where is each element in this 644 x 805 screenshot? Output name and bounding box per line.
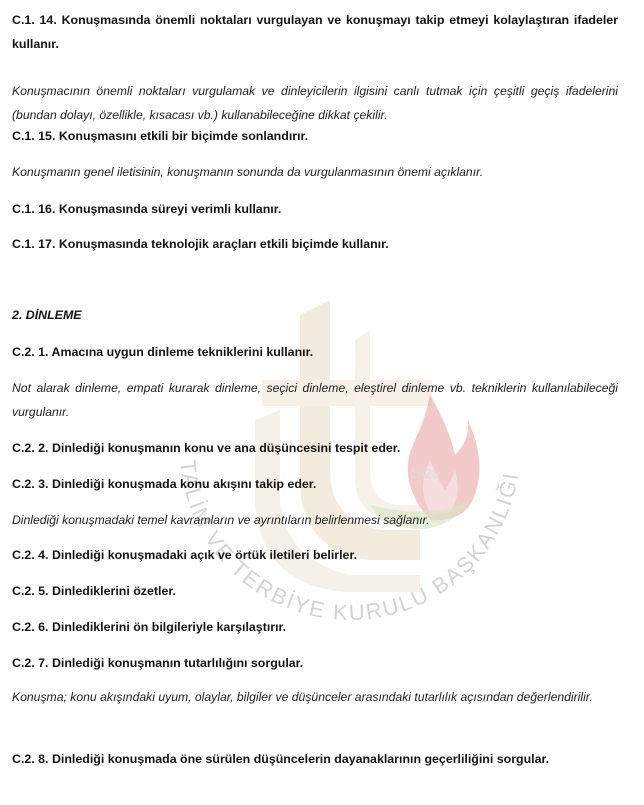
standard-code: C.2. 7. [12, 656, 49, 670]
standard-code: C.2. 4. [12, 548, 49, 562]
standard-c2-6: C.2. 6. Dinlediklerini ön bilgileriyle k… [12, 615, 618, 639]
standard-text: Dinlediği konuşmanın tutarlılığını sorgu… [52, 656, 303, 670]
standard-text: Dinlediklerini ön bilgileriyle karşılaşt… [52, 620, 286, 634]
standard-code: C.1. 15. [12, 129, 55, 143]
standard-c1-17: C.1. 17. Konuşmasında teknolojik araçlar… [12, 232, 618, 256]
standard-c2-3: C.2. 3. Dinlediği konuşmada konu akışını… [12, 472, 618, 496]
standard-code: C.1. 16. [12, 202, 55, 216]
standard-c2-4: C.2. 4. Dinlediği konuşmadaki açık ve ör… [12, 543, 618, 567]
standard-c2-7: C.2. 7. Dinlediği konuşmanın tutarlılığı… [12, 651, 618, 675]
standard-code: C.2. 5. [12, 584, 49, 598]
standard-c1-15: C.1. 15. Konuşmasını etkili bir biçimde … [12, 124, 618, 148]
standard-code: C.2. 8. [12, 752, 49, 766]
standard-text: Dinlediği konuşmanın konu ve ana düşünce… [52, 441, 400, 455]
standard-c1-14: C.1. 14. Konuşmasında önemli noktaları v… [12, 8, 618, 56]
section-heading-dinleme: 2. DİNLEME [12, 303, 618, 327]
explanation-c2-1: Not alarak dinleme, empati kurarak dinle… [12, 376, 618, 424]
standard-code: C.2. 3. [12, 477, 49, 491]
standard-text: Konuşmasında teknolojik araçları etkili … [59, 237, 389, 251]
explanation-c2-7: Konuşma; konu akışındaki uyum, olaylar, … [12, 685, 618, 709]
standard-c2-5: C.2. 5. Dinlediklerini özetler. [12, 579, 618, 603]
explanation-c1-15: Konuşmanın genel iletisinin, konuşmanın … [12, 160, 618, 184]
standard-text: Dinlediği konuşmadaki açık ve örtük ilet… [52, 548, 357, 562]
standard-c2-1: C.2. 1. Amacına uygun dinleme teknikleri… [12, 340, 618, 364]
standard-text: Konuşmasında önemli noktaları vurgulayan… [12, 13, 618, 51]
standard-code: C.2. 2. [12, 441, 49, 455]
standard-code: C.1. 14. [12, 13, 57, 27]
standard-code: C.2. 1. [12, 345, 49, 359]
standard-text: Dinlediği konuşmada öne sürülen düşüncel… [52, 752, 549, 766]
standard-text: Konuşmasında süreyi verimli kullanır. [59, 202, 281, 216]
standard-code: C.1. 17. [12, 237, 55, 251]
explanation-c1-14: Konuşmacının önemli noktaları vurgulamak… [12, 79, 618, 127]
standard-text: Dinlediği konuşmada konu akışını takip e… [52, 477, 316, 491]
standard-c1-16: C.1. 16. Konuşmasında süreyi verimli kul… [12, 197, 618, 221]
standard-c2-8: C.2. 8. Dinlediği konuşmada öne sürülen … [12, 747, 618, 771]
standard-c2-2: C.2. 2. Dinlediği konuşmanın konu ve ana… [12, 436, 618, 460]
explanation-c2-3: Dinlediği konuşmadaki temel kavramların … [12, 508, 618, 532]
standard-text: Konuşmasını etkili bir biçimde sonlandır… [59, 129, 308, 143]
standard-text: Dinlediklerini özetler. [52, 584, 176, 598]
standard-text: Amacına uygun dinleme tekniklerini kulla… [52, 345, 314, 359]
standard-code: C.2. 6. [12, 620, 49, 634]
